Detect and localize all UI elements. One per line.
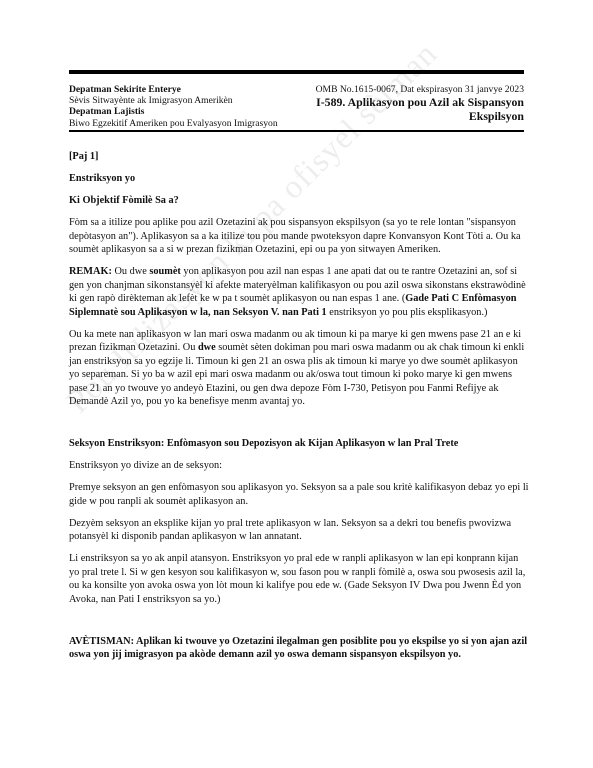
agency-eoir: Biwo Egzekitif Ameriken pou Evalyasyon I…	[69, 118, 278, 129]
paragraph-first-section: Premye seksyon an gen enfòmasyon sou apl…	[69, 481, 529, 508]
agency-dhs: Depatman Sekirite Enterye	[69, 84, 278, 95]
paragraph-read-carefully: Li enstriksyon sa yo ak anpil atansyon. …	[69, 552, 529, 606]
heading-purpose: Ki Objektif Fòmilè Sa a?	[69, 194, 529, 208]
warning-text: AVÈTISMAN: Aplikan ki twouve yo Ozetazin…	[69, 635, 529, 662]
paragraph-divided: Enstriksyon yo divize an de seksyon:	[69, 459, 529, 473]
header-bottom-rule	[69, 130, 524, 132]
heading-instructions: Enstriksyon yo	[69, 172, 529, 186]
section-heading: Seksyon Enstriksyon: Enfòmasyon sou Depo…	[69, 437, 529, 451]
form-title: I-589. Aplikasyon pou Azil ak Sispansyon	[316, 95, 524, 109]
document-page: Pou Itilizasyon ki pa ofisyèl sèlman Dep…	[0, 0, 593, 768]
paragraph-remak: REMAK: Ou dwe soumèt yon aplikasyon pou …	[69, 265, 529, 319]
agency-block: Depatman Sekirite Enterye Sèvis Sitwayèn…	[69, 84, 278, 130]
remak-label: REMAK:	[69, 266, 112, 277]
paragraph-purpose: Fòm sa a itilize pou aplike pou azil Oze…	[69, 216, 529, 257]
paragraph-second-section: Dezyèm seksyon an eksplike kijan yo pral…	[69, 517, 529, 544]
instructions-body: [Paj 1] Enstriksyon yo Ki Objektif Fòmil…	[69, 150, 529, 670]
form-title-cont: Ekspilsyon	[316, 109, 524, 123]
omb-number: OMB No.1615-0067, Dat ekspirasyon 31 jan…	[316, 84, 524, 95]
paragraph-family: Ou ka mete nan aplikasyon w lan mari osw…	[69, 328, 529, 409]
agency-uscis: Sèvis Sitwayènte ak Imigrasyon Amerikèn	[69, 95, 278, 106]
agency-doj: Depatman Lajistis	[69, 106, 278, 117]
form-id-block: OMB No.1615-0067, Dat ekspirasyon 31 jan…	[316, 84, 524, 130]
page-label: [Paj 1]	[69, 150, 529, 164]
form-header: Depatman Sekirite Enterye Sèvis Sitwayèn…	[69, 70, 524, 132]
